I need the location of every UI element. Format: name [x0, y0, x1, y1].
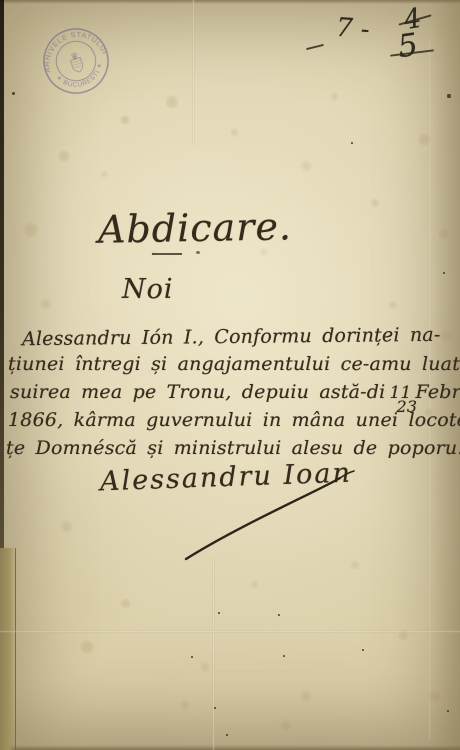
fox-spot	[120, 115, 130, 125]
paper-crease	[212, 558, 215, 750]
fox-spot	[330, 92, 339, 101]
fox-spot	[300, 160, 312, 172]
ink-speck	[278, 614, 280, 616]
fox-spot	[100, 170, 108, 178]
paper-crease	[0, 630, 460, 633]
fox-spot	[388, 300, 398, 310]
fox-spot	[58, 150, 70, 162]
ink-speck	[12, 92, 15, 95]
title-dot	[196, 251, 200, 254]
body-line-4: 1866, kârma guvernului in mâna unei loco…	[8, 409, 460, 431]
fox-spot	[165, 95, 179, 109]
salutation: Noi	[122, 274, 174, 305]
fox-spot	[250, 580, 259, 589]
body-line-2: țiunei întregi și angajamentului ce-amu …	[8, 353, 460, 375]
manuscript-page: ARHIVELE STATULUI ✶ BUCURESTI ✶ ♛ 7 - 4 …	[0, 0, 460, 750]
fox-spot	[180, 700, 190, 710]
ink-speck	[362, 649, 364, 651]
paper-crease	[192, 0, 195, 145]
date-fraction: 1123	[389, 383, 411, 403]
ink-speck	[191, 656, 193, 658]
page-edge-top	[0, 0, 460, 4]
fox-spot	[260, 248, 268, 256]
ink-speck	[226, 734, 228, 736]
fox-spot	[120, 598, 131, 609]
signature: Alessandru Ioan	[100, 458, 353, 498]
fox-spot	[23, 222, 39, 238]
document-title: Abdicare.	[98, 204, 293, 251]
pencil-dash	[306, 44, 324, 50]
fox-spot	[350, 560, 360, 570]
body-line-3: suirea mea pe Tronu, depuiu astă-di1123F…	[10, 381, 460, 403]
ink-speck	[351, 142, 353, 144]
page-edge-bottom	[0, 745, 460, 750]
fox-spot	[80, 640, 94, 654]
body-line-3-post: Februariu	[416, 381, 460, 403]
body-line-3-pre: suirea mea pe Tronu, depuiu astă-di	[10, 381, 385, 403]
fox-spot	[40, 298, 52, 310]
ink-speck	[283, 655, 285, 657]
fox-spot	[230, 128, 239, 137]
fox-spot	[370, 198, 380, 208]
ink-speck	[214, 707, 216, 709]
pencil-number: 7 -	[335, 13, 371, 45]
fox-spot	[300, 690, 312, 702]
fox-spot	[60, 520, 73, 533]
ink-speck	[218, 612, 220, 614]
page-edge-right	[430, 0, 460, 750]
fox-spot	[398, 630, 409, 641]
fox-spot	[280, 720, 291, 731]
archive-stamp: ARHIVELE STATULUI ✶ BUCURESTI ✶ ♛	[33, 18, 119, 104]
title-underline	[152, 253, 182, 255]
fox-spot	[200, 662, 210, 672]
body-line-5: țe Domnéscă și ministrului alesu de popo…	[6, 437, 460, 459]
page-fold-bottom-left	[0, 548, 16, 750]
body-line-1: Alessandru Ión I., Conformu dorinței na-	[22, 324, 441, 350]
